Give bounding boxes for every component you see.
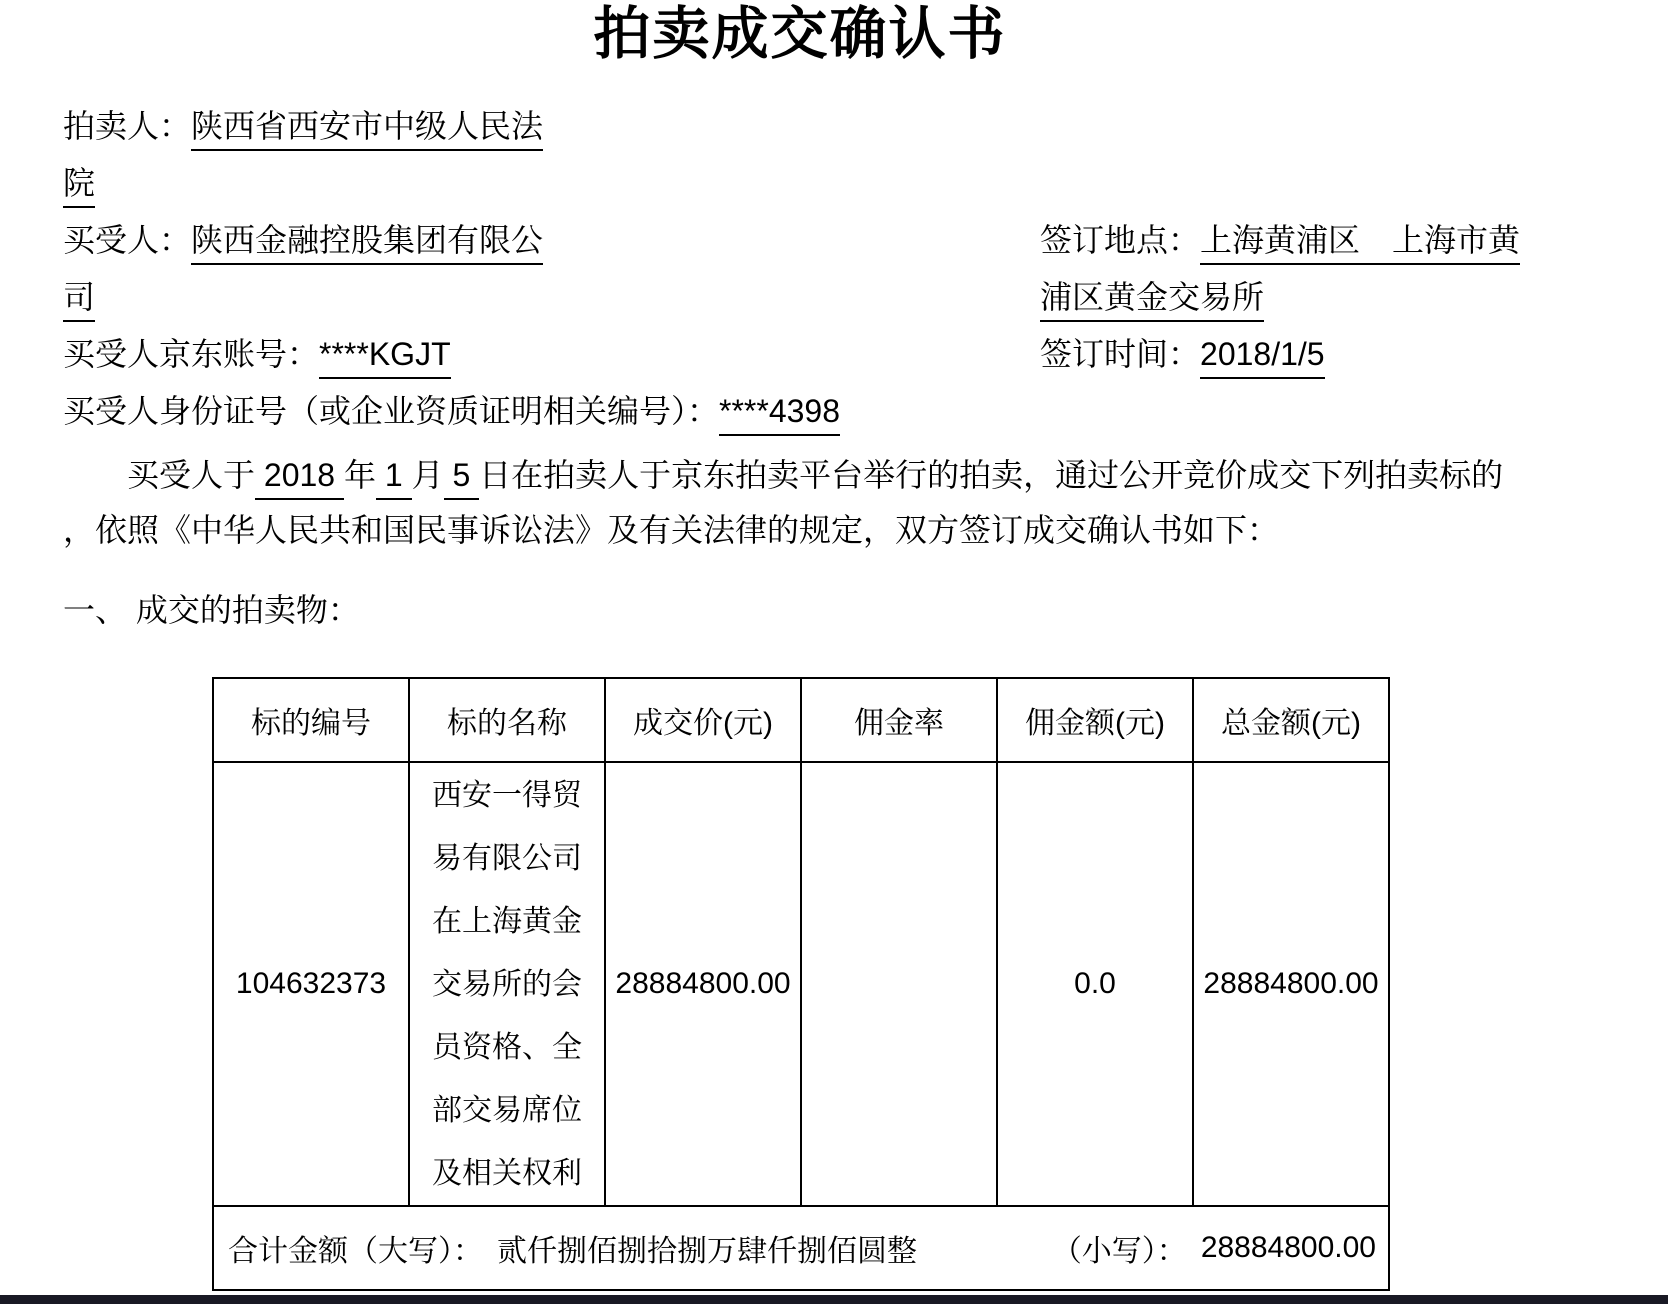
underlined-value: 1 [376, 457, 412, 500]
cell-commission-amount: 0.0 [997, 762, 1193, 1206]
total-right-group: （小写）： 28884800.00 [1052, 1226, 1376, 1270]
paragraph-line-1: 买受人于 2018 年 1 月 5 日在拍卖人于京东拍卖平台举行的拍卖，通过公开… [63, 448, 1503, 503]
field-label: 日在拍卖人于京东拍卖平台举行的拍卖，通过公开竞价成交下列拍卖标的 [479, 457, 1503, 493]
signing-info-block: 签订地点：上海黄浦区 上海市黄 浦区黄金交易所 签订时间：2018/1/5 [1040, 212, 1520, 383]
field-label: ，依照《中华人民共和国民事诉讼法》及有关法律的规定，双方签订成交确认书如下： [63, 512, 1279, 548]
col-header-lot-name: 标的名称 [409, 678, 605, 762]
table-header-row: 标的编号 标的名称 成交价(元) 佣金率 佣金额(元) 总金额(元) [213, 678, 1389, 762]
total-summary-content: 合计金额（大写）： 贰仟捌佰捌拾捌万肆仟捌佰圆整 （小写）： 28884800.… [214, 1226, 1388, 1270]
field-label: 签订地点： [1040, 222, 1200, 258]
window-bottom-bar [0, 1295, 1668, 1304]
field-label: 拍卖人： [63, 108, 191, 144]
underlined-value: 司 [63, 279, 95, 322]
field-label: 买受人身份证号（或企业资质证明相关编号）： [63, 393, 719, 429]
underlined-value: 陕西省西安市中级人民法 [191, 108, 543, 151]
col-header-total-amount: 总金额(元) [1193, 678, 1389, 762]
total-small-label: （小写）： [1052, 1226, 1187, 1270]
signing-place-field-line-2: 浦区黄金交易所 [1040, 269, 1520, 326]
auctioneer-field-line-1: 拍卖人：陕西省西安市中级人民法 [63, 98, 840, 155]
section-heading-auction-items: 一、 成交的拍卖物： [63, 588, 360, 632]
underlined-value: ****4398 [719, 393, 840, 436]
col-header-deal-price: 成交价(元) [605, 678, 801, 762]
parties-left-block: 拍卖人：陕西省西安市中级人民法 院 买受人：陕西金融控股集团有限公 司 买受人京… [63, 98, 840, 440]
document-page: 拍卖成交确认书 拍卖人：陕西省西安市中级人民法 院 买受人：陕西金融控股集团有限… [0, 0, 1668, 1304]
cell-deal-price: 28884800.00 [605, 762, 801, 1206]
document-title: 拍卖成交确认书 [0, 0, 1600, 70]
field-label: 签订时间： [1040, 336, 1200, 372]
field-label: 月 [412, 457, 444, 493]
total-amount-numeric: 28884800.00 [1201, 1231, 1376, 1265]
cell-total-summary: 合计金额（大写）： 贰仟捌佰捌拾捌万肆仟捌佰圆整 （小写）： 28884800.… [213, 1206, 1389, 1290]
buyer-field-line-1: 买受人：陕西金融控股集团有限公 [63, 212, 840, 269]
underlined-value: ****KGJT [319, 336, 451, 379]
signing-place-field-line-1: 签订地点：上海黄浦区 上海市黄 [1040, 212, 1520, 269]
auctioneer-field-line-2: 院 [63, 155, 840, 212]
total-amount-chinese: 贰仟捌佰捌拾捌万肆仟捌佰圆整 [497, 1226, 917, 1270]
cell-lot-number: 104632373 [213, 762, 409, 1206]
underlined-value: 陕西金融控股集团有限公 [191, 222, 543, 265]
signing-time-field: 签订时间：2018/1/5 [1040, 326, 1520, 383]
confirmation-paragraph: 买受人于 2018 年 1 月 5 日在拍卖人于京东拍卖平台举行的拍卖，通过公开… [63, 448, 1503, 558]
buyer-jd-account-field: 买受人京东账号：****KGJT [63, 326, 840, 383]
total-label: 合计金额（大写）： [228, 1226, 483, 1270]
table-item-row: 104632373 西安一得贸易有限公司在上海黄金交易所的会员资格、全部交易席位… [213, 762, 1389, 1206]
cell-lot-name: 西安一得贸易有限公司在上海黄金交易所的会员资格、全部交易席位及相关权利 [409, 762, 605, 1206]
underlined-value: 上海黄浦区 上海市黄 [1200, 222, 1520, 265]
underlined-value: 5 [444, 457, 480, 500]
underlined-value: 院 [63, 165, 95, 208]
underlined-value: 2018 [255, 457, 344, 500]
cell-total-amount: 28884800.00 [1193, 762, 1389, 1206]
field-label: 买受人于 [127, 457, 255, 493]
field-label: 买受人京东账号： [63, 336, 319, 372]
table-total-row: 合计金额（大写）： 贰仟捌佰捌拾捌万肆仟捌佰圆整 （小写）： 28884800.… [213, 1206, 1389, 1290]
col-header-commission-amount: 佣金额(元) [997, 678, 1193, 762]
buyer-field-line-2: 司 [63, 269, 840, 326]
col-header-commission-rate: 佣金率 [801, 678, 997, 762]
buyer-id-number-field: 买受人身份证号（或企业资质证明相关编号）：****4398 [63, 383, 840, 440]
underlined-value: 浦区黄金交易所 [1040, 279, 1264, 322]
auction-items-table: 标的编号 标的名称 成交价(元) 佣金率 佣金额(元) 总金额(元) 10463… [212, 677, 1390, 1291]
cell-commission-rate [801, 762, 997, 1206]
field-label: 年 [344, 457, 376, 493]
underlined-value: 2018/1/5 [1200, 336, 1325, 379]
col-header-lot-number: 标的编号 [213, 678, 409, 762]
field-label: 买受人： [63, 222, 191, 258]
paragraph-line-2: ，依照《中华人民共和国民事诉讼法》及有关法律的规定，双方签订成交确认书如下： [63, 503, 1503, 558]
